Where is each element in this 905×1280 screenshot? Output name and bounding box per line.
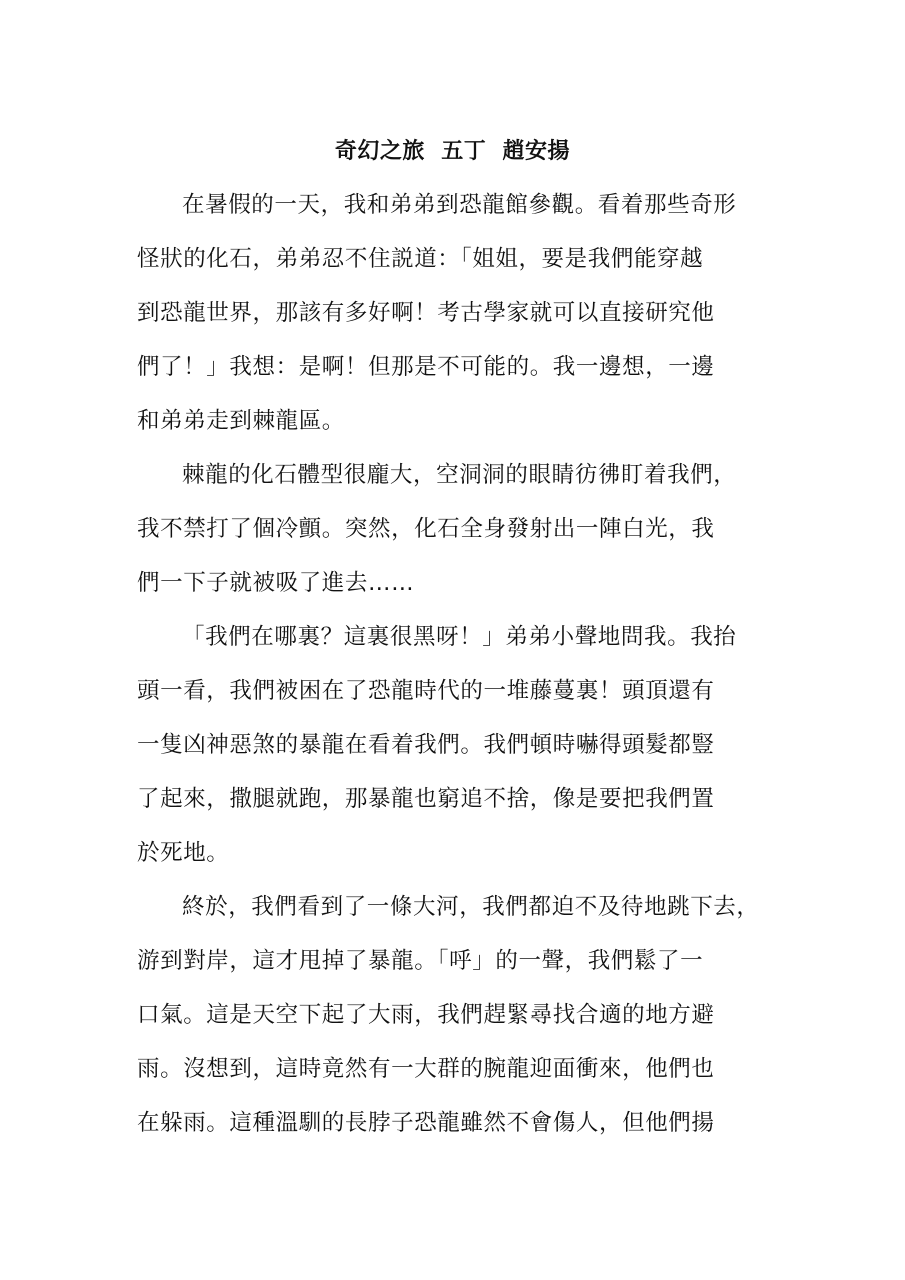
paragraph-4-line-2: 游到對岸，這才甩掉了暴龍。「呼」的一聲，我們鬆了一 xyxy=(137,946,703,976)
paragraph-2-line-2: 我不禁打了個冷顫。突然，化石全身發射出一陣白光，我 xyxy=(137,514,715,544)
paragraph-4-line-1: 終於，我們看到了一條大河，我們都迫不及待地跳下去， xyxy=(182,892,760,922)
paragraph-1-line-5: 和弟弟走到棘龍區。 xyxy=(137,406,345,436)
paragraph-4-line-3: 口氣。這是天空下起了大雨，我們趕緊尋找合適的地方避 xyxy=(137,1000,715,1030)
paragraph-4-line-5: 在躲雨。這種溫馴的長脖子恐龍雖然不會傷人，但他們揚 xyxy=(137,1108,715,1138)
paragraph-3-line-1: 「我們在哪裏？這裏很黑呀！」弟弟小聲地問我。我抬 xyxy=(182,622,736,652)
paragraph-3-line-2: 頭一看，我們被困在了恐龍時代的一堆藤蔓裏！頭頂還有 xyxy=(137,676,715,706)
paragraph-2-line-1: 棘龍的化石體型很龐大，空洞洞的眼睛彷彿盯着我們， xyxy=(182,460,736,490)
paragraph-2-line-3: 們一下子就被吸了進去…… xyxy=(137,568,414,598)
paragraph-1-line-4: 們了！」我想：是啊！但那是不可能的。我一邊想，一邊 xyxy=(137,352,715,382)
paragraph-1-line-2: 怪狀的化石，弟弟忍不住説道：「姐姐，要是我們能穿越 xyxy=(137,244,703,274)
document-page: 奇幻之旅 五丁 趙安揚 在暑假的一天，我和弟弟到恐龍館參觀。看着那些奇形 怪狀的… xyxy=(0,0,905,1280)
paragraph-3-line-5: 於死地。 xyxy=(137,838,229,868)
paragraph-4-line-4: 雨。沒想到，這時竟然有一大群的腕龍迎面衝來，他們也 xyxy=(137,1054,715,1084)
paragraph-3-line-4: 了起來，撒腿就跑，那暴龍也窮追不捨，像是要把我們置 xyxy=(137,784,715,814)
paragraph-1-line-3: 到恐龍世界，那該有多好啊！考古學家就可以直接研究他 xyxy=(137,298,715,328)
paragraph-3-line-3: 一隻凶神惡煞的暴龍在看着我們。我們頓時嚇得頭髮都豎 xyxy=(137,730,715,760)
paragraph-1-line-1: 在暑假的一天，我和弟弟到恐龍館參觀。看着那些奇形 xyxy=(182,190,736,220)
document-title: 奇幻之旅 五丁 趙安揚 xyxy=(0,134,905,165)
